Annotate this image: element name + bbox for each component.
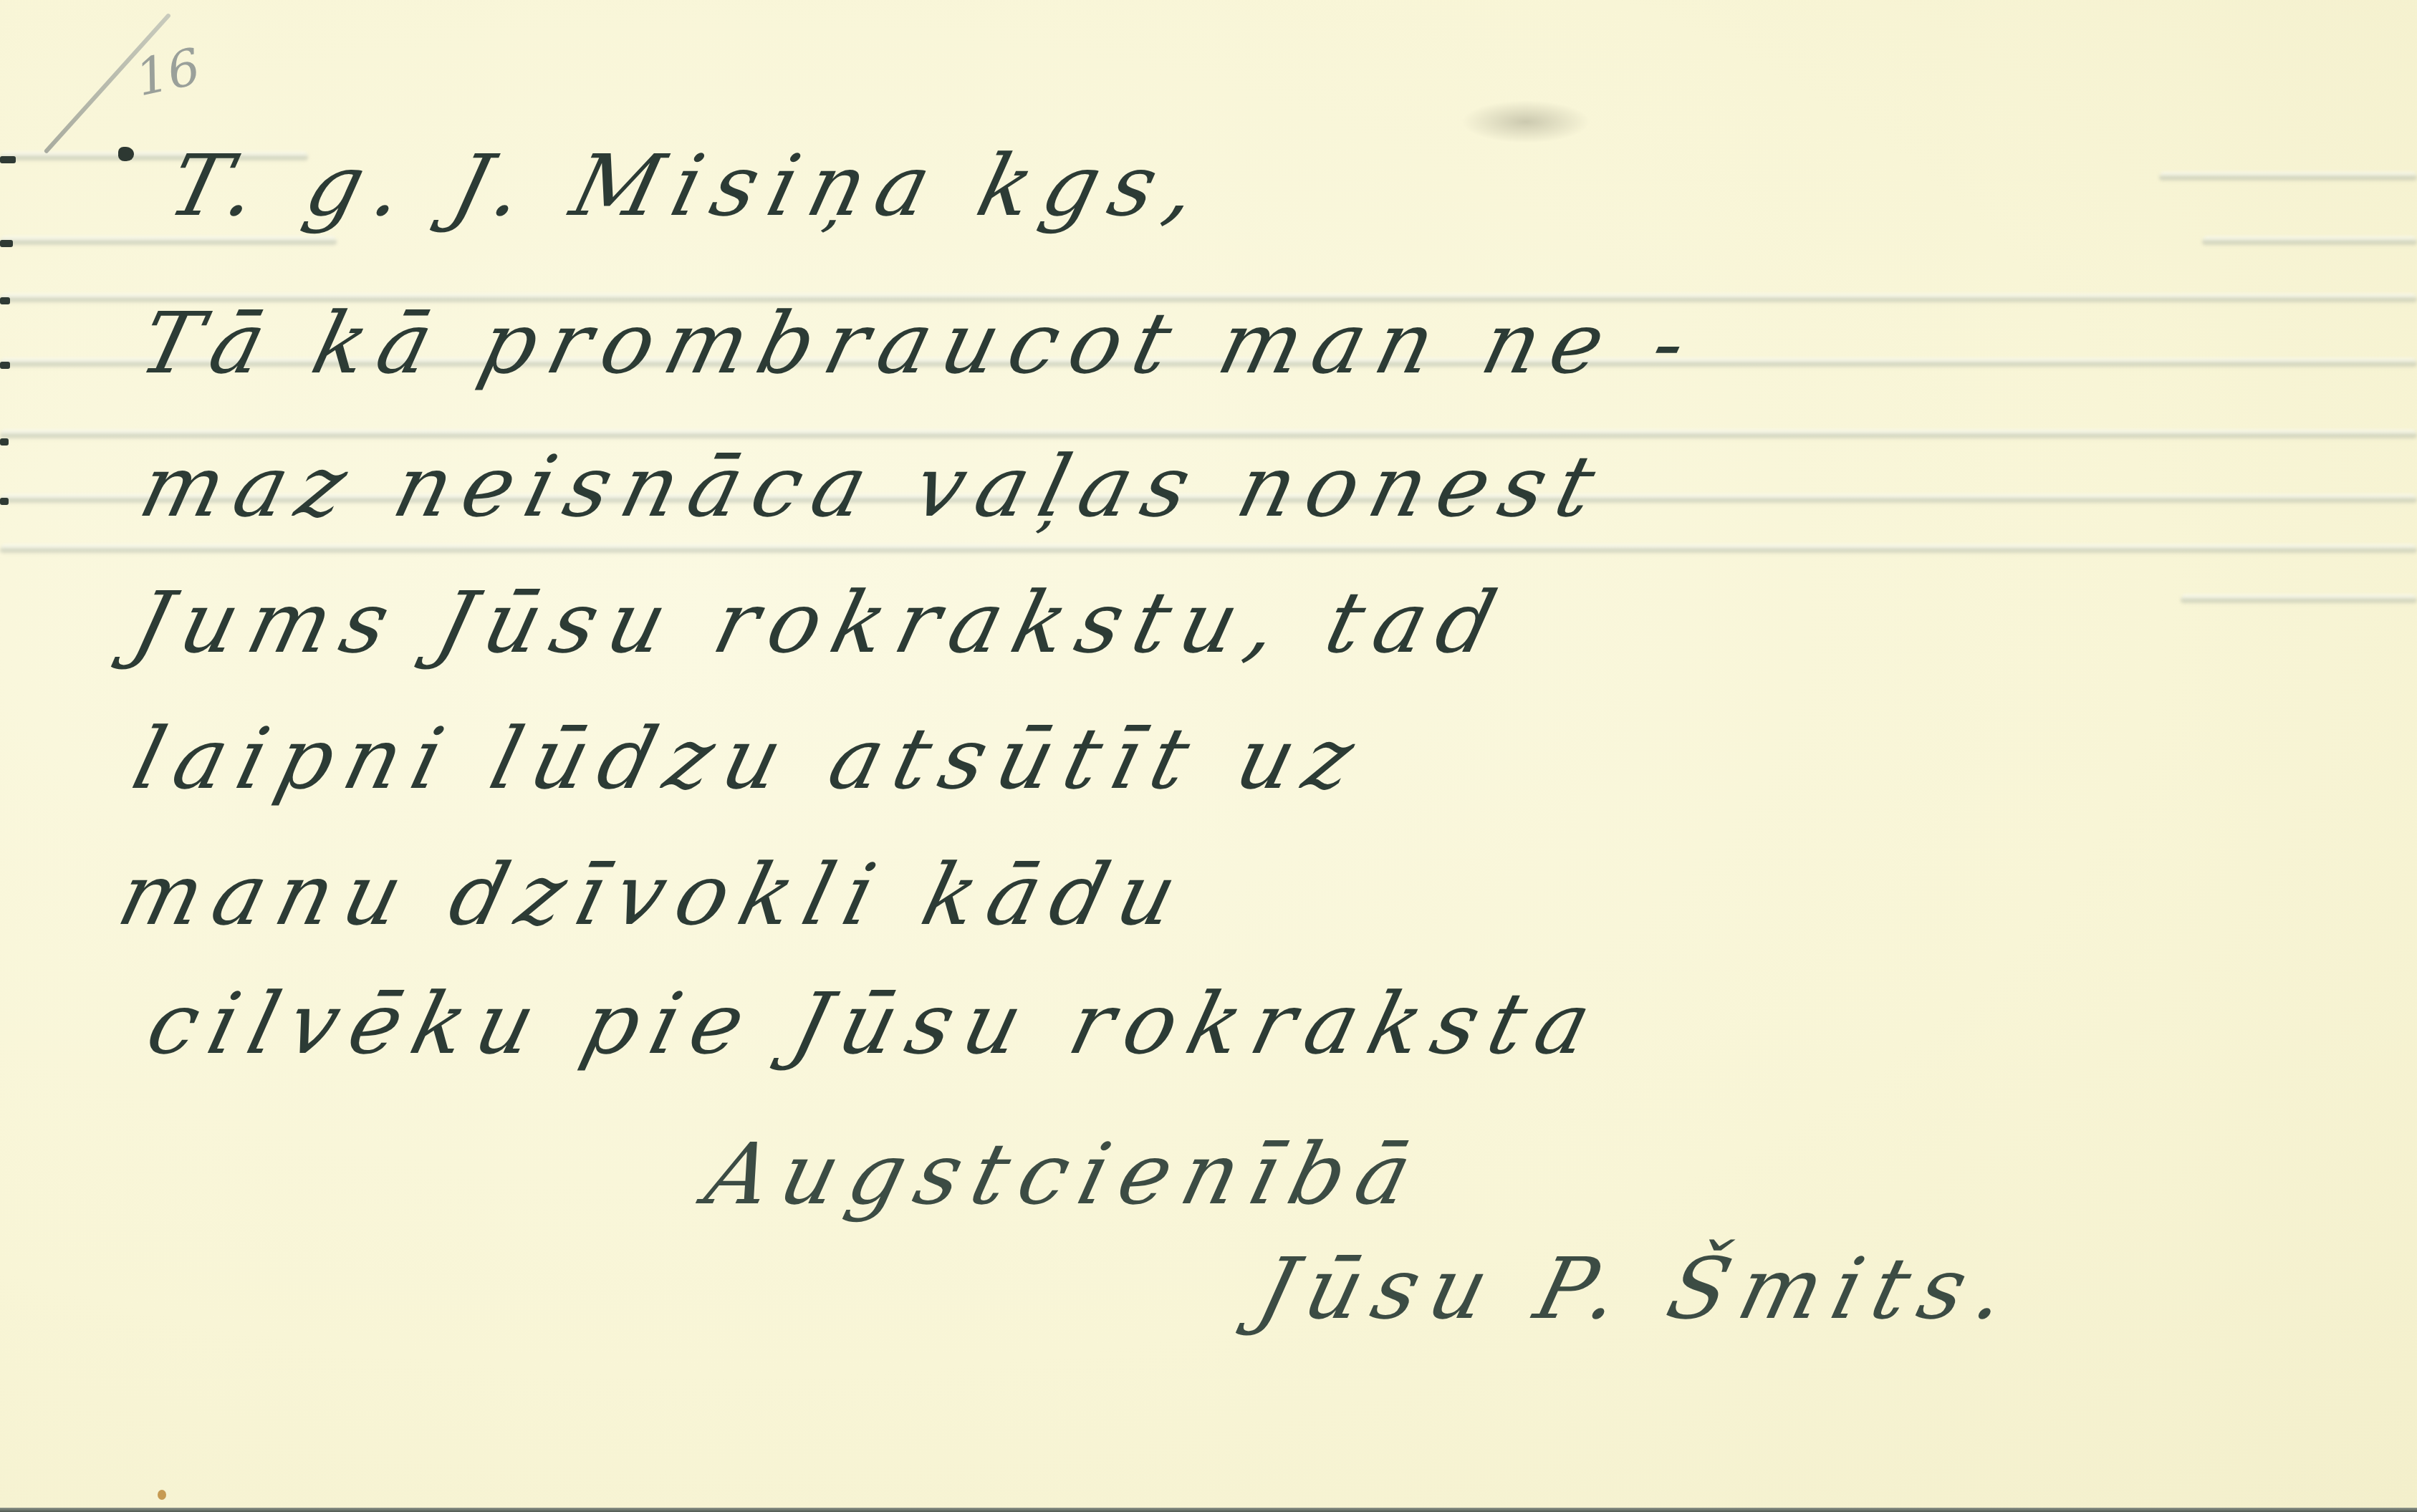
letter-line: maz neisnāca vaļas nonest (133, 444, 1615, 529)
signature: Jūsu P. Šmits. (1250, 1246, 2027, 1331)
letter-line: cilvēku pie Jūsu rokraksta (140, 981, 1611, 1066)
letter-line: Tā kā prombraucot man ne - (133, 301, 1707, 385)
letter-line: laipni lūdzu atsūtīt uz (125, 716, 1375, 801)
letter-line: Jums Jūsu rokrakstu, tad (125, 580, 1517, 665)
foxing-spot (158, 1490, 166, 1500)
closing-line: Augstcienībā (698, 1132, 1431, 1216)
salutation-line: T. g. J. Misiņa kgs, (161, 143, 1218, 228)
letter-line: manu dzīvokli kādu (111, 852, 1197, 937)
postcard: 16 T. g. J. Misiņa kgs, Tā kā prombrauco… (0, 0, 2417, 1512)
letter-body: T. g. J. Misiņa kgs, Tā kā prombraucot m… (0, 0, 2417, 1512)
card-edge (0, 1508, 2417, 1512)
